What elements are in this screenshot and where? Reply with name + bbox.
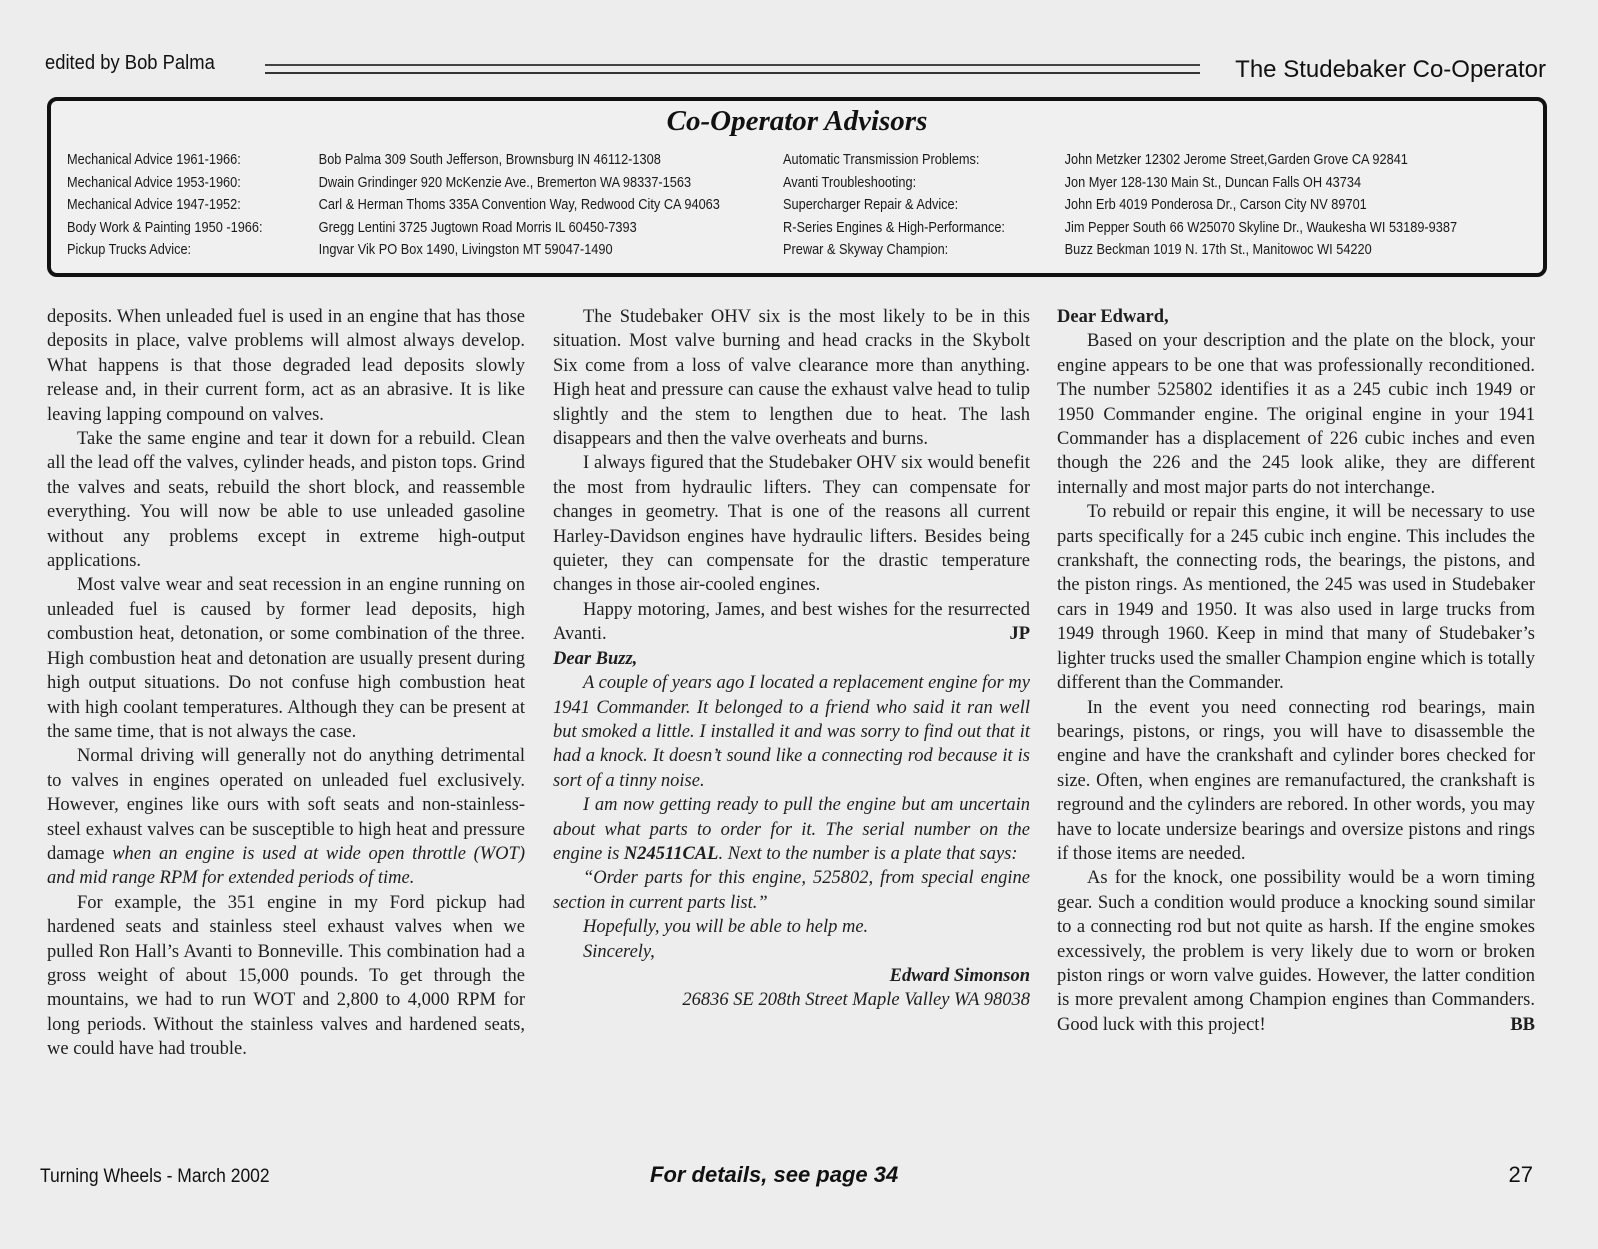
- paragraph: “Order parts for this engine, 525802, fr…: [553, 866, 1030, 915]
- paragraph: To rebuild or repair this engine, it wil…: [1057, 500, 1535, 695]
- paragraph: Hopefully, you will be able to help me.: [553, 915, 1030, 939]
- advisors-title: Co-Operator Advisors: [51, 105, 1543, 138]
- paragraph: The Studebaker OHV six is the most likel…: [553, 305, 1030, 451]
- paragraph: For example, the 351 engine in my Ford p…: [47, 891, 525, 1062]
- paragraph: Normal driving will generally not do any…: [47, 744, 525, 890]
- header-editor: edited by Bob Palma: [45, 52, 215, 75]
- paragraph: deposits. When unleaded fuel is used in …: [47, 305, 525, 427]
- letter-address: 26836 SE 208th Street Maple Valley WA 98…: [553, 988, 1030, 1012]
- paragraph: In the event you need connecting rod bea…: [1057, 696, 1535, 867]
- advisor-topic: Pickup Trucks Advice:: [67, 239, 191, 262]
- page-number: 27: [1509, 1162, 1533, 1188]
- advisor-contact: John Erb 4019 Ponderosa Dr., Carson City…: [1065, 194, 1367, 217]
- paragraph: Most valve wear and seat recession in an…: [47, 573, 525, 744]
- paragraph: Sincerely,: [553, 940, 1030, 964]
- advisor-contact: Jon Myer 128-130 Main St., Duncan Falls …: [1065, 172, 1361, 195]
- author-initials: JP: [553, 622, 1030, 646]
- advisor-contact: Ingvar Vik PO Box 1490, Livingston MT 59…: [319, 239, 613, 262]
- paragraph: Take the same engine and tear it down fo…: [47, 427, 525, 573]
- letter-salutation: Dear Buzz,: [553, 647, 1030, 671]
- advisor-contact: Gregg Lentini 3725 Jugtown Road Morris I…: [319, 217, 637, 240]
- advisor-contact: Jim Pepper South 66 W25070 Skyline Dr., …: [1065, 217, 1457, 240]
- paragraph-text: . Next to the number is a plate that say…: [718, 844, 1017, 864]
- advisor-contact: Buzz Beckman 1019 N. 17th St., Manitowoc…: [1065, 239, 1372, 262]
- paragraph: I always figured that the Studebaker OHV…: [553, 451, 1030, 597]
- footer-see-page: For details, see page 34: [650, 1162, 898, 1188]
- reader-letter: Dear Buzz, A couple of years ago I locat…: [553, 647, 1030, 1013]
- advisor-contact: Carl & Herman Thoms 335A Convention Way,…: [319, 194, 720, 217]
- advisor-topic: R-Series Engines & High-Performance:: [783, 217, 1005, 240]
- advisor-contact: John Metzker 12302 Jerome Street,Garden …: [1065, 149, 1408, 172]
- paragraph: I am now getting ready to pull the engin…: [553, 793, 1030, 866]
- article-column-3: Dear Edward, Based on your description a…: [1057, 305, 1535, 1037]
- paragraph: As for the knock, one possibility would …: [1057, 866, 1535, 1037]
- advisor-topic: Supercharger Repair & Advice:: [783, 194, 958, 217]
- advisor-topic: Mechanical Advice 1947-1952:: [67, 194, 241, 217]
- emphasis-text: when an engine is used at wide open thro…: [47, 844, 525, 888]
- advisor-topic: Body Work & Painting 1950 -1966:: [67, 217, 263, 240]
- advisor-contact: Dwain Grindinger 920 McKenzie Ave., Brem…: [319, 172, 691, 195]
- advisor-topic: Mechanical Advice 1953-1960:: [67, 172, 241, 195]
- paragraph: Based on your description and the plate …: [1057, 329, 1535, 500]
- advisor-contact: Bob Palma 309 South Jefferson, Brownsbur…: [319, 149, 661, 172]
- advisor-topic: Automatic Transmission Problems:: [783, 149, 979, 172]
- publication-title: The Studebaker Co-Operator: [1235, 56, 1546, 84]
- letter-signer: Edward Simonson: [553, 964, 1030, 988]
- paragraph: A couple of years ago I located a replac…: [553, 671, 1030, 793]
- advisor-topic: Mechanical Advice 1961-1966:: [67, 149, 241, 172]
- article-column-2: The Studebaker OHV six is the most likel…: [553, 305, 1030, 1013]
- advisor-topic: Prewar & Skyway Champion:: [783, 239, 948, 262]
- article-column-1: deposits. When unleaded fuel is used in …: [47, 305, 525, 1062]
- advisors-box: Co-Operator Advisors Mechanical Advice 1…: [47, 97, 1547, 277]
- footer-issue: Turning Wheels - March 2002: [40, 1166, 270, 1188]
- header-rule: [265, 64, 1200, 76]
- reply-salutation: Dear Edward,: [1057, 305, 1535, 329]
- serial-number: N24511CAL: [624, 844, 719, 864]
- advisor-topic: Avanti Troubleshooting:: [783, 172, 916, 195]
